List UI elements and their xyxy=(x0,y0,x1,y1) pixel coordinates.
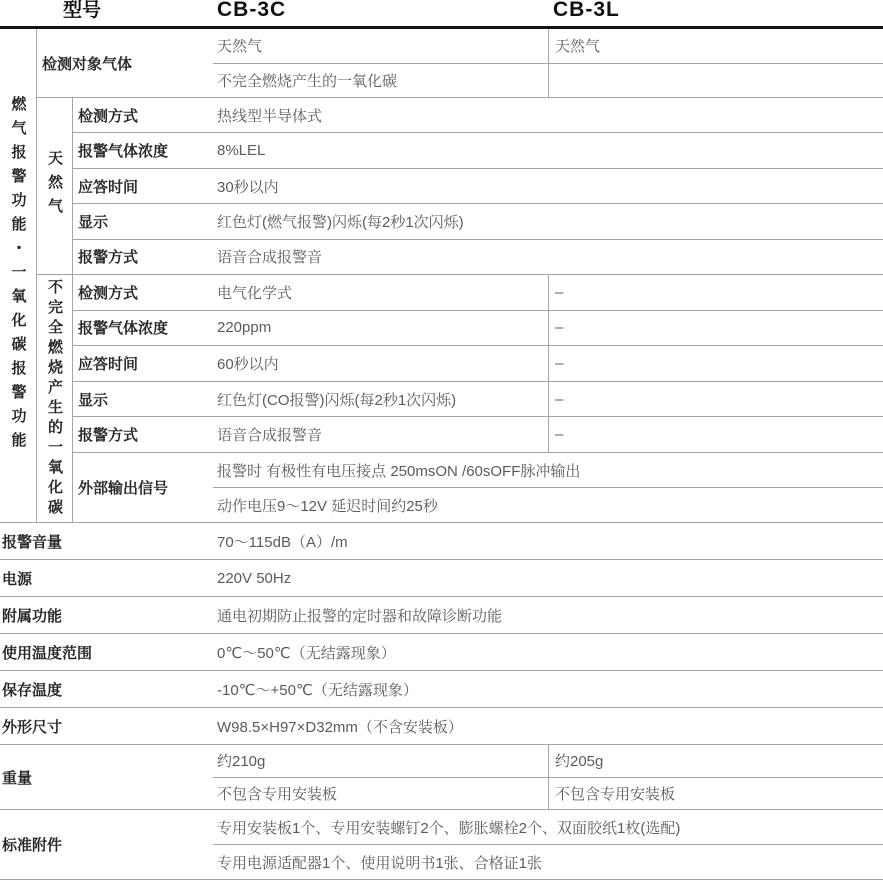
row-label: 报警方式 xyxy=(73,240,213,274)
column-header-cb3l: CB-3L xyxy=(553,0,620,22)
row-label: 外形尺寸 xyxy=(0,708,213,744)
spec-table: 型号 CB-3C CB-3L 燃气报警功能・一氧化碳报警功能 检测对象气体 天然… xyxy=(0,0,883,882)
table-row: 报警气体浓度 8%LEL xyxy=(73,133,883,168)
row-label: 报警气体浓度 xyxy=(73,311,213,346)
row-label: 应答时间 xyxy=(73,169,213,203)
row-label: 显示 xyxy=(73,382,213,417)
table-row: 专用安装板1个、专用安装螺钉2个、膨胀螺栓2个、双面胶纸1枚(选配) xyxy=(213,810,883,845)
row-value: 70～115dB（A）/m xyxy=(213,523,883,559)
model-header-label: 型号 xyxy=(63,0,101,22)
row-value: -10℃～+50℃（无结露现象） xyxy=(213,671,883,707)
table-row: 检测方式 电气化学式 – xyxy=(73,275,883,311)
row-value: 专用电源适配器1个、使用说明书1张、合格证1张 xyxy=(213,845,883,879)
table-row: 附属功能 通电初期防止报警的定时器和故障诊断功能 xyxy=(0,597,883,634)
alarm-function-group: 燃气报警功能・一氧化碳报警功能 检测对象气体 天然气 天然气 不完全燃烧产生的一… xyxy=(0,29,883,523)
table-row: 应答时间 30秒以内 xyxy=(73,169,883,204)
row-value: 220V 50Hz xyxy=(213,560,883,596)
group-vertical-label: 燃气报警功能・一氧化碳报警功能 xyxy=(8,96,29,456)
cell-cb3c: 电气化学式 xyxy=(213,275,548,310)
section-co: 不完全燃烧产生的一氧化碳 检测方式 电气化学式 – 报警气体浓度 220ppm … xyxy=(37,275,883,522)
row-value: 8%LEL xyxy=(213,133,883,167)
cell-cb3c: 语音合成报警音 xyxy=(213,417,548,452)
table-row: 检测方式 热线型半导体式 xyxy=(73,98,883,133)
row-value: 语音合成报警音 xyxy=(213,240,883,274)
table-row: 保存温度 -10℃～+50℃（无结露现象） xyxy=(0,671,883,708)
section-natural-gas: 天然气 检测方式 热线型半导体式 报警气体浓度 8%LEL 应答时间 30秒以内 xyxy=(37,98,883,275)
table-row: 不完全燃烧产生的一氧化碳 xyxy=(213,64,883,98)
cell-cb3l: – xyxy=(548,417,883,452)
table-row: 报警时 有极性有电压接点 250msON /60sOFF脉冲输出 xyxy=(213,453,883,488)
cell-cb3l: 天然气 xyxy=(548,29,883,63)
subgroup-vertical-label-cell: 天然气 xyxy=(37,98,73,274)
cell-cb3c: 不包含专用安装板 xyxy=(213,778,548,810)
cell-cb3l xyxy=(548,64,883,98)
table-row: 外形尺寸 W98.5×H97×D32mm（不含安装板） xyxy=(0,708,883,745)
row-label: 重量 xyxy=(0,745,213,809)
table-row: 显示 红色灯(CO报警)闪烁(每2秒1次闪烁) – xyxy=(73,382,883,418)
row-label: 显示 xyxy=(73,204,213,238)
row-label: 报警方式 xyxy=(73,417,213,452)
row-label: 保存温度 xyxy=(0,671,213,707)
row-value: 红色灯(燃气报警)闪烁(每2秒1次闪烁) xyxy=(213,204,883,238)
cell-cb3l: – xyxy=(548,382,883,417)
cell-cb3c: 不完全燃烧产生的一氧化碳 xyxy=(213,64,548,98)
table-row: 报警方式 语音合成报警音 – xyxy=(73,417,883,452)
subgroup-vertical-label: 天然气 xyxy=(44,150,65,222)
cell-cb3c: 60秒以内 xyxy=(213,346,548,381)
subgroup-vertical-label: 不完全燃烧产生的一氧化碳 xyxy=(44,279,65,519)
row-value: 30秒以内 xyxy=(213,169,883,203)
row-value: 通电初期防止报警的定时器和故障诊断功能 xyxy=(213,597,883,633)
row-value: 报警时 有极性有电压接点 250msON /60sOFF脉冲输出 xyxy=(213,453,883,487)
table-row: 使用温度范围 0℃～50℃（无结露现象） xyxy=(0,634,883,671)
row-label: 外部输出信号 xyxy=(73,453,213,522)
cell-cb3l: – xyxy=(548,275,883,310)
row-label: 检测对象气体 xyxy=(37,29,213,97)
row-label: 报警气体浓度 xyxy=(73,133,213,167)
table-row: 约210g 约205g xyxy=(213,745,883,778)
table-row: 专用电源适配器1个、使用说明书1张、合格证1张 xyxy=(213,845,883,879)
cell-cb3l: – xyxy=(548,346,883,381)
table-row: 报警气体浓度 220ppm – xyxy=(73,311,883,347)
table-row: 动作电压9～12V 延迟时间约25秒 xyxy=(213,488,883,522)
row-label: 应答时间 xyxy=(73,346,213,381)
cell-cb3c: 约210g xyxy=(213,745,548,777)
row-label: 报警音量 xyxy=(0,523,213,559)
section-weight: 重量 约210g 约205g 不包含专用安装板 不包含专用安装板 xyxy=(0,745,883,810)
table-row: 应答时间 60秒以内 – xyxy=(73,346,883,382)
row-label: 使用温度范围 xyxy=(0,634,213,670)
section-detect-gas: 检测对象气体 天然气 天然气 不完全燃烧产生的一氧化碳 xyxy=(37,29,883,98)
group-vertical-label-cell: 燃气报警功能・一氧化碳报警功能 xyxy=(0,29,37,522)
table-header: 型号 CB-3C CB-3L xyxy=(0,0,883,29)
row-label: 检测方式 xyxy=(73,275,213,310)
row-label: 附属功能 xyxy=(0,597,213,633)
cell-cb3l: – xyxy=(548,311,883,346)
cell-cb3c: 天然气 xyxy=(213,29,548,63)
row-value: 动作电压9～12V 延迟时间约25秒 xyxy=(213,488,883,522)
section-accessories: 标准附件 专用安装板1个、专用安装螺钉2个、膨胀螺栓2个、双面胶纸1枚(选配) … xyxy=(0,810,883,880)
table-row: 不包含专用安装板 不包含专用安装板 xyxy=(213,778,883,810)
cell-cb3l: 约205g xyxy=(548,745,883,777)
row-label: 电源 xyxy=(0,560,213,596)
cell-cb3c: 220ppm xyxy=(213,311,548,346)
row-value: 热线型半导体式 xyxy=(213,98,883,132)
subgroup-vertical-label-cell: 不完全燃烧产生的一氧化碳 xyxy=(37,275,73,522)
row-value: W98.5×H97×D32mm（不含安装板） xyxy=(213,708,883,744)
table-row: 天然气 天然气 xyxy=(213,29,883,64)
row-label: 检测方式 xyxy=(73,98,213,132)
cell-cb3c: 红色灯(CO报警)闪烁(每2秒1次闪烁) xyxy=(213,382,548,417)
row-value: 0℃～50℃（无结露现象） xyxy=(213,634,883,670)
table-row: 电源 220V 50Hz xyxy=(0,560,883,597)
cell-cb3l: 不包含专用安装板 xyxy=(548,778,883,810)
column-header-cb3c: CB-3C xyxy=(217,0,286,22)
row-label: 标准附件 xyxy=(0,810,213,879)
table-row: 显示 红色灯(燃气报警)闪烁(每2秒1次闪烁) xyxy=(73,204,883,239)
table-row: 报警音量 70～115dB（A）/m xyxy=(0,523,883,560)
table-row: 报警方式 语音合成报警音 xyxy=(73,240,883,274)
row-value: 专用安装板1个、专用安装螺钉2个、膨胀螺栓2个、双面胶纸1枚(选配) xyxy=(213,810,883,844)
section-external-output: 外部输出信号 报警时 有极性有电压接点 250msON /60sOFF脉冲输出 … xyxy=(73,453,883,522)
